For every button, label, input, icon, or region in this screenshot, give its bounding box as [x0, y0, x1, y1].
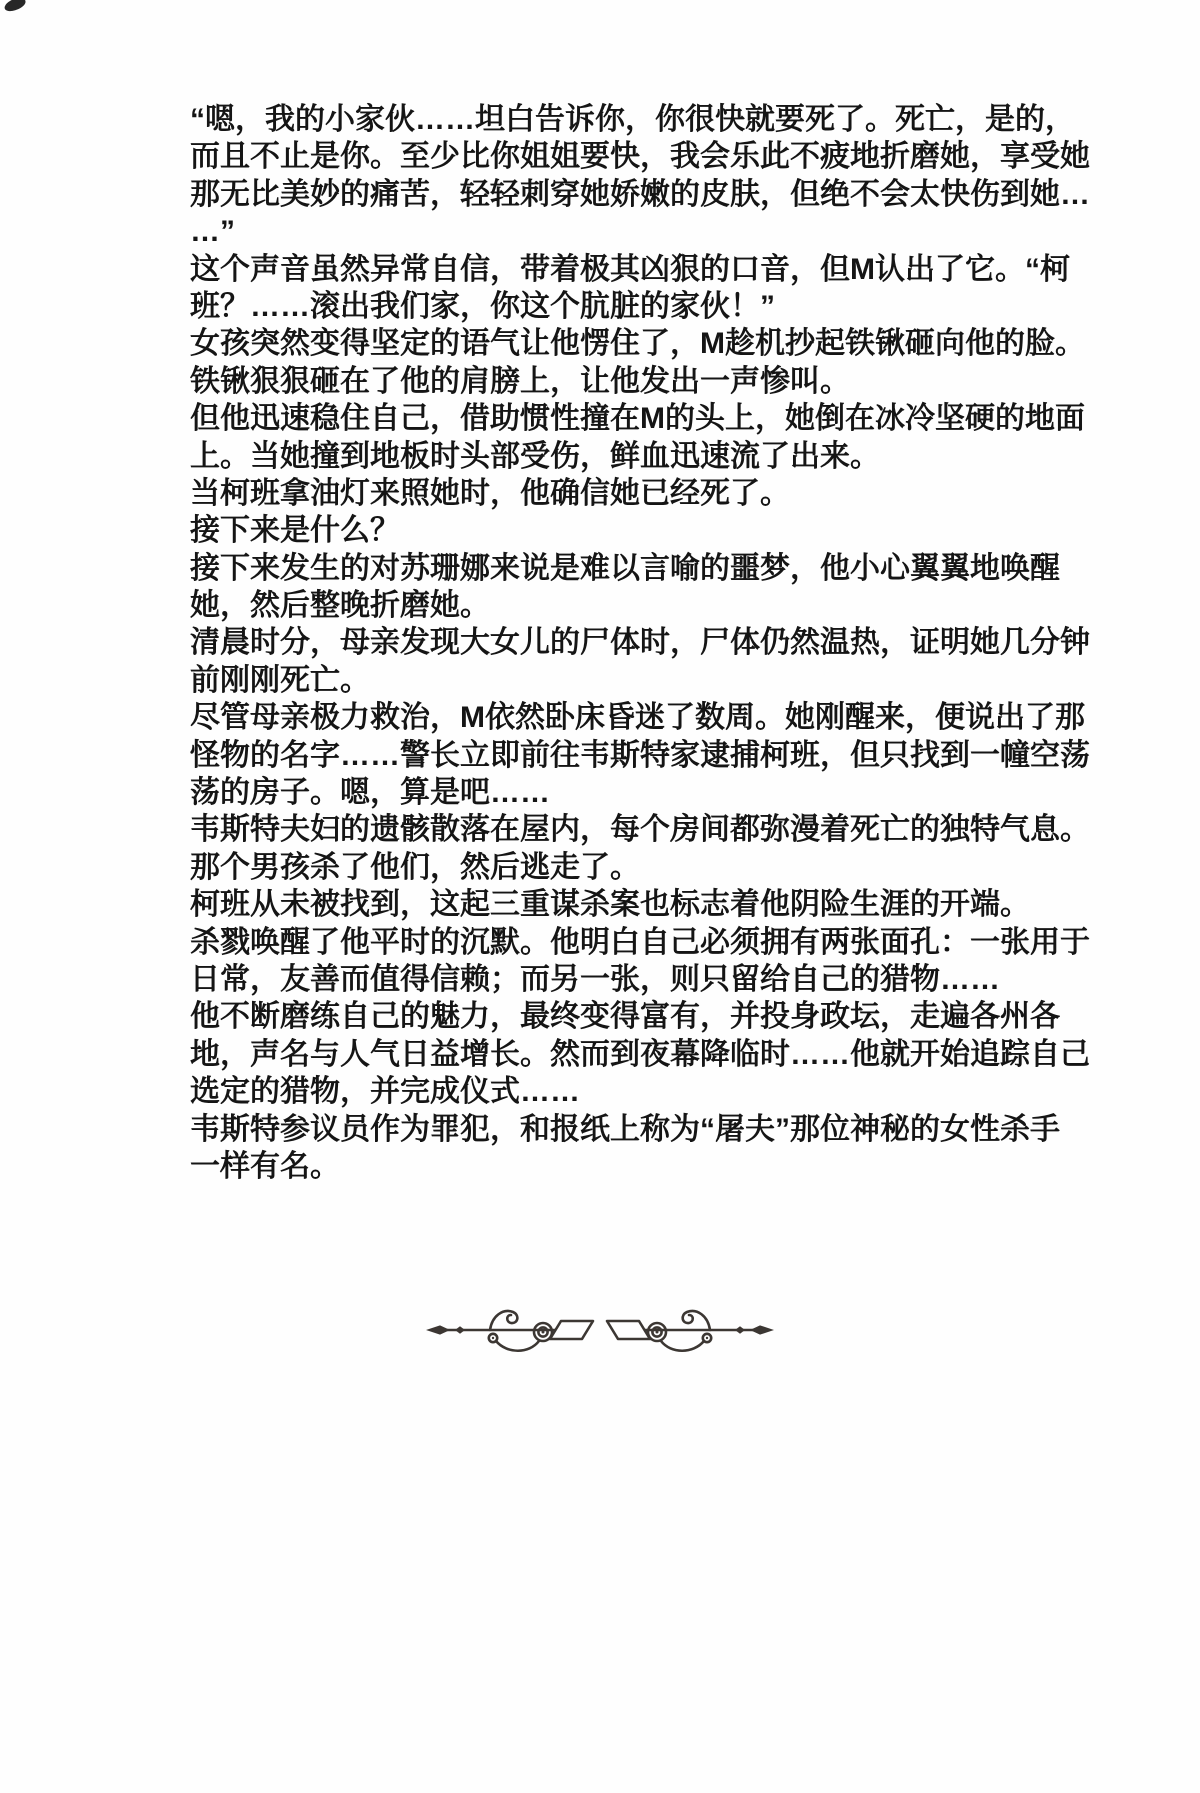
decorative-divider: [425, 1296, 775, 1364]
text-line: 铁锹狠狠砸在了他的肩膀上，让他发出一声惨叫。: [190, 363, 1080, 400]
paragraph: 杀戮唤醒了他平时的沉默。他明白自己必须拥有两张面孔：一张用于日常，友善而值得信赖…: [190, 924, 1080, 999]
text-line: 日常，友善而值得信赖；而另一张，则只留给自己的猎物……: [190, 961, 1080, 998]
paragraph: 韦斯特参议员作为罪犯，和报纸上称为“屠夫”那位神秘的女性杀手一样有名。: [190, 1111, 1080, 1186]
paragraph: 这个声音虽然异常自信，带着极其凶狠的口音，但M认出了它。“柯班？……滚出我们家，…: [190, 251, 1080, 326]
text-line: 她，然后整晚折磨她。: [190, 587, 1080, 624]
paragraph: 接下来是什么？: [190, 512, 1080, 549]
text-line: “嗯，我的小家伙……坦白告诉你，你很快就要死了。死亡，是的，: [190, 101, 1080, 138]
text-line: 柯班从未被找到，这起三重谋杀案也标志着他阴险生涯的开端。: [190, 886, 1080, 923]
text-line: 这个声音虽然异常自信，带着极其凶狠的口音，但M认出了它。“柯: [190, 251, 1080, 288]
text-line: 那个男孩杀了他们，然后逃走了。: [190, 849, 1080, 886]
text-line: 一样有名。: [190, 1148, 1080, 1185]
paragraph: 但他迅速稳住自己，借助惯性撞在M的头上，她倒在冰冷坚硬的地面上。当她撞到地板时头…: [190, 400, 1080, 475]
paragraph: 他不断磨练自己的魅力，最终变得富有，并投身政坛，走遍各州各地，声名与人气日益增长…: [190, 998, 1080, 1110]
text-line: 地，声名与人气日益增长。然而到夜幕降临时……他就开始追踪自己: [190, 1036, 1080, 1073]
text-line: 那无比美妙的痛苦，轻轻刺穿她娇嫩的皮肤，但绝不会太快伤到她…: [190, 176, 1080, 213]
scanned-page: “嗯，我的小家伙……坦白告诉你，你很快就要死了。死亡，是的，而且不止是你。至少比…: [0, 0, 1200, 1793]
text-line: 杀戮唤醒了他平时的沉默。他明白自己必须拥有两张面孔：一张用于: [190, 924, 1080, 961]
paragraph: 当柯班拿油灯来照她时，他确信她已经死了。: [190, 475, 1080, 512]
paragraph: 女孩突然变得坚定的语气让他愣住了，M趁机抄起铁锹砸向他的脸。铁锹狠狠砸在了他的肩…: [190, 325, 1080, 400]
text-line: 选定的猎物，并完成仪式……: [190, 1073, 1080, 1110]
text-line: 韦斯特夫妇的遗骸散落在屋内，每个房间都弥漫着死亡的独特气息。: [190, 811, 1080, 848]
paragraph: 尽管母亲极力救治，M依然卧床昏迷了数周。她刚醒来，便说出了那怪物的名字……警长立…: [190, 699, 1080, 811]
paragraph: 韦斯特夫妇的遗骸散落在屋内，每个房间都弥漫着死亡的独特气息。那个男孩杀了他们，然…: [190, 811, 1080, 886]
text-line: 尽管母亲极力救治，M依然卧床昏迷了数周。她刚醒来，便说出了那: [190, 699, 1080, 736]
text-line: 当柯班拿油灯来照她时，他确信她已经死了。: [190, 475, 1080, 512]
text-line: 而且不止是你。至少比你姐姐要快，我会乐此不疲地折磨她，享受她: [190, 138, 1080, 175]
text-line: 上。当她撞到地板时头部受伤，鲜血迅速流了出来。: [190, 438, 1080, 475]
story-text: “嗯，我的小家伙……坦白告诉你，你很快就要死了。死亡，是的，而且不止是你。至少比…: [190, 101, 1080, 1185]
text-line: 韦斯特参议员作为罪犯，和报纸上称为“屠夫”那位神秘的女性杀手: [190, 1111, 1080, 1148]
text-line: 荡的房子。嗯，算是吧……: [190, 774, 1080, 811]
paragraph: 清晨时分，母亲发现大女儿的尸体时，尸体仍然温热，证明她几分钟前刚刚死亡。: [190, 624, 1080, 699]
scan-artifact-speck: [3, 0, 27, 13]
text-line: 但他迅速稳住自己，借助惯性撞在M的头上，她倒在冰冷坚硬的地面: [190, 400, 1080, 437]
text-line: 班？……滚出我们家，你这个肮脏的家伙！”: [190, 288, 1080, 325]
text-line: 他不断磨练自己的魅力，最终变得富有，并投身政坛，走遍各州各: [190, 998, 1080, 1035]
text-line: 清晨时分，母亲发现大女儿的尸体时，尸体仍然温热，证明她几分钟: [190, 624, 1080, 661]
paragraph: 接下来发生的对苏珊娜来说是难以言喻的噩梦，他小心翼翼地唤醒她，然后整晚折磨她。: [190, 550, 1080, 625]
text-line: …”: [190, 213, 1080, 250]
text-line: 接下来是什么？: [190, 512, 1080, 549]
paragraph: 柯班从未被找到，这起三重谋杀案也标志着他阴险生涯的开端。: [190, 886, 1080, 923]
text-line: 怪物的名字……警长立即前往韦斯特家逮捕柯班，但只找到一幢空荡: [190, 737, 1080, 774]
paragraph: “嗯，我的小家伙……坦白告诉你，你很快就要死了。死亡，是的，而且不止是你。至少比…: [190, 101, 1080, 251]
text-line: 接下来发生的对苏珊娜来说是难以言喻的噩梦，他小心翼翼地唤醒: [190, 550, 1080, 587]
text-line: 女孩突然变得坚定的语气让他愣住了，M趁机抄起铁锹砸向他的脸。: [190, 325, 1080, 362]
text-line: 前刚刚死亡。: [190, 662, 1080, 699]
flourish-divider-icon: [425, 1296, 775, 1364]
